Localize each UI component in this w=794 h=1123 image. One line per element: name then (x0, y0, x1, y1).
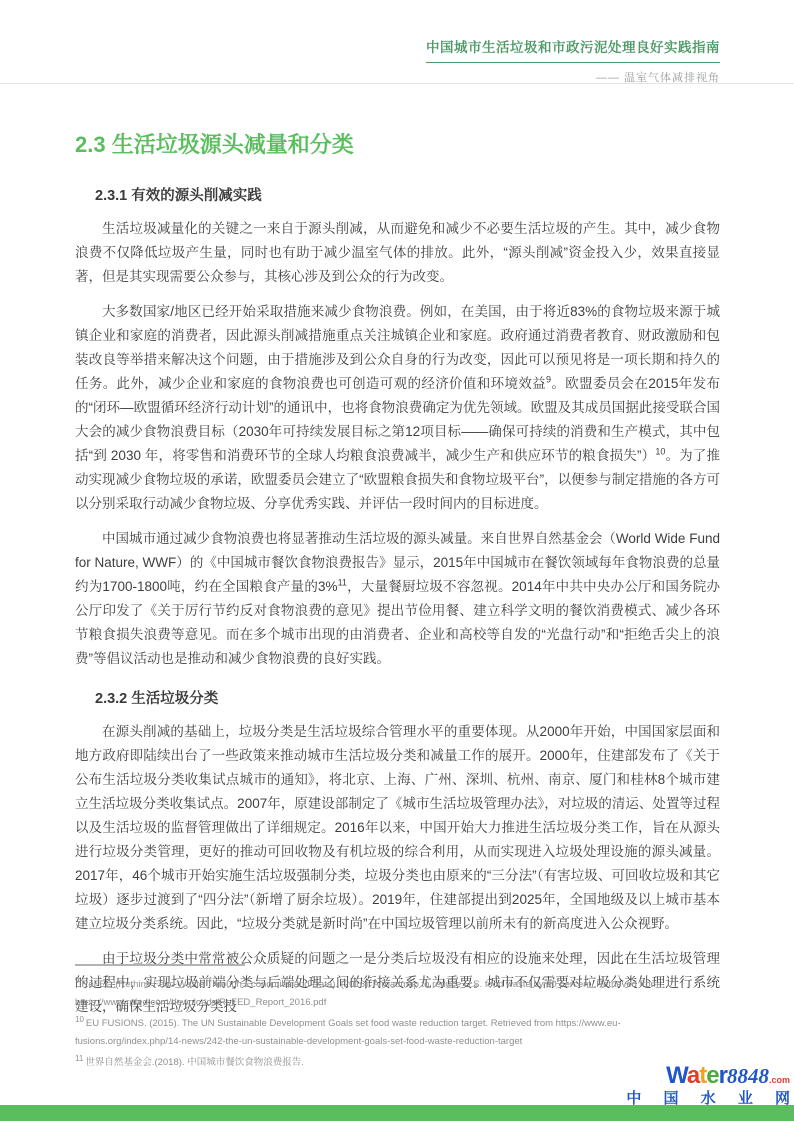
footnote-item: 11世界自然基金会.(2018). 中国城市餐饮食物浪费报告. (75, 1050, 720, 1072)
footnote-text: EU FUSIONS. (2015). The UN Sustainable D… (75, 1018, 621, 1047)
page-header: 中国城市生活垃圾和市政污泥处理良好实践指南 —— 温室气体减排视角 (426, 36, 720, 85)
paragraph: 在源头削减的基础上，垃圾分类是生活垃圾综合管理水平的重要体现。从2000年开始，… (75, 720, 720, 936)
logo-wordmark: Water8848.com (626, 1064, 790, 1088)
logo-number: 8848 (727, 1064, 769, 1088)
footnote-divider (75, 964, 245, 966)
paragraph: 中国城市通过减少食物浪费也将显著推动生活垃圾的源头减量。来自世界自然基金会（Wo… (75, 527, 720, 671)
logo-word-water: Water (666, 1062, 727, 1089)
footnote-item: 10EU FUSIONS. (2015). The UN Sustainable… (75, 1011, 720, 1050)
subsection-title-231: 2.3.1 有效的源头削减实践 (95, 186, 720, 206)
document-page: 中国城市生活垃圾和市政污泥处理良好实践指南 —— 温室气体减排视角 2.3 生活… (0, 0, 794, 1123)
footnote-marker: 11 (75, 1054, 83, 1063)
footer-green-bar (0, 1105, 794, 1121)
header-divider (0, 83, 794, 84)
watermark-logo: Water8848.com 中 国 水 业 网 (626, 1064, 790, 1106)
footnote-text: 世界自然基金会.(2018). 中国城市餐饮食物浪费报告. (85, 1057, 304, 1068)
footnote-item: 9ReFED (Rethink Food Waste Through Econo… (75, 972, 720, 1011)
footnote-marker: 9 (75, 976, 79, 985)
subsection-title-232: 2.3.2 生活垃圾分类 (95, 689, 720, 709)
header-title: 中国城市生活垃圾和市政污泥处理良好实践指南 (426, 36, 720, 63)
logo-tld: .com (769, 1075, 790, 1085)
logo-chinese-name: 中 国 水 业 网 (626, 1091, 794, 1106)
footnote-text: ReFED (Rethink Food Waste Through Econom… (75, 979, 659, 1008)
page-body: 2.3 生活垃圾源头减量和分类 2.3.1 有效的源头削减实践 生活垃圾减量化的… (75, 118, 720, 1019)
paragraph: 生活垃圾减量化的关键之一来自于源头削减，从而避免和减少不必要生活垃圾的产生。其中… (75, 217, 720, 289)
paragraph: 大多数国家/地区已经开始采取措施来减少食物浪费。例如，在美国，由于将近83%的食… (75, 300, 720, 516)
footnote-list: 9ReFED (Rethink Food Waste Through Econo… (75, 972, 720, 1072)
footnote-marker: 10 (75, 1015, 84, 1024)
section-title: 2.3 生活垃圾源头减量和分类 (75, 130, 720, 160)
